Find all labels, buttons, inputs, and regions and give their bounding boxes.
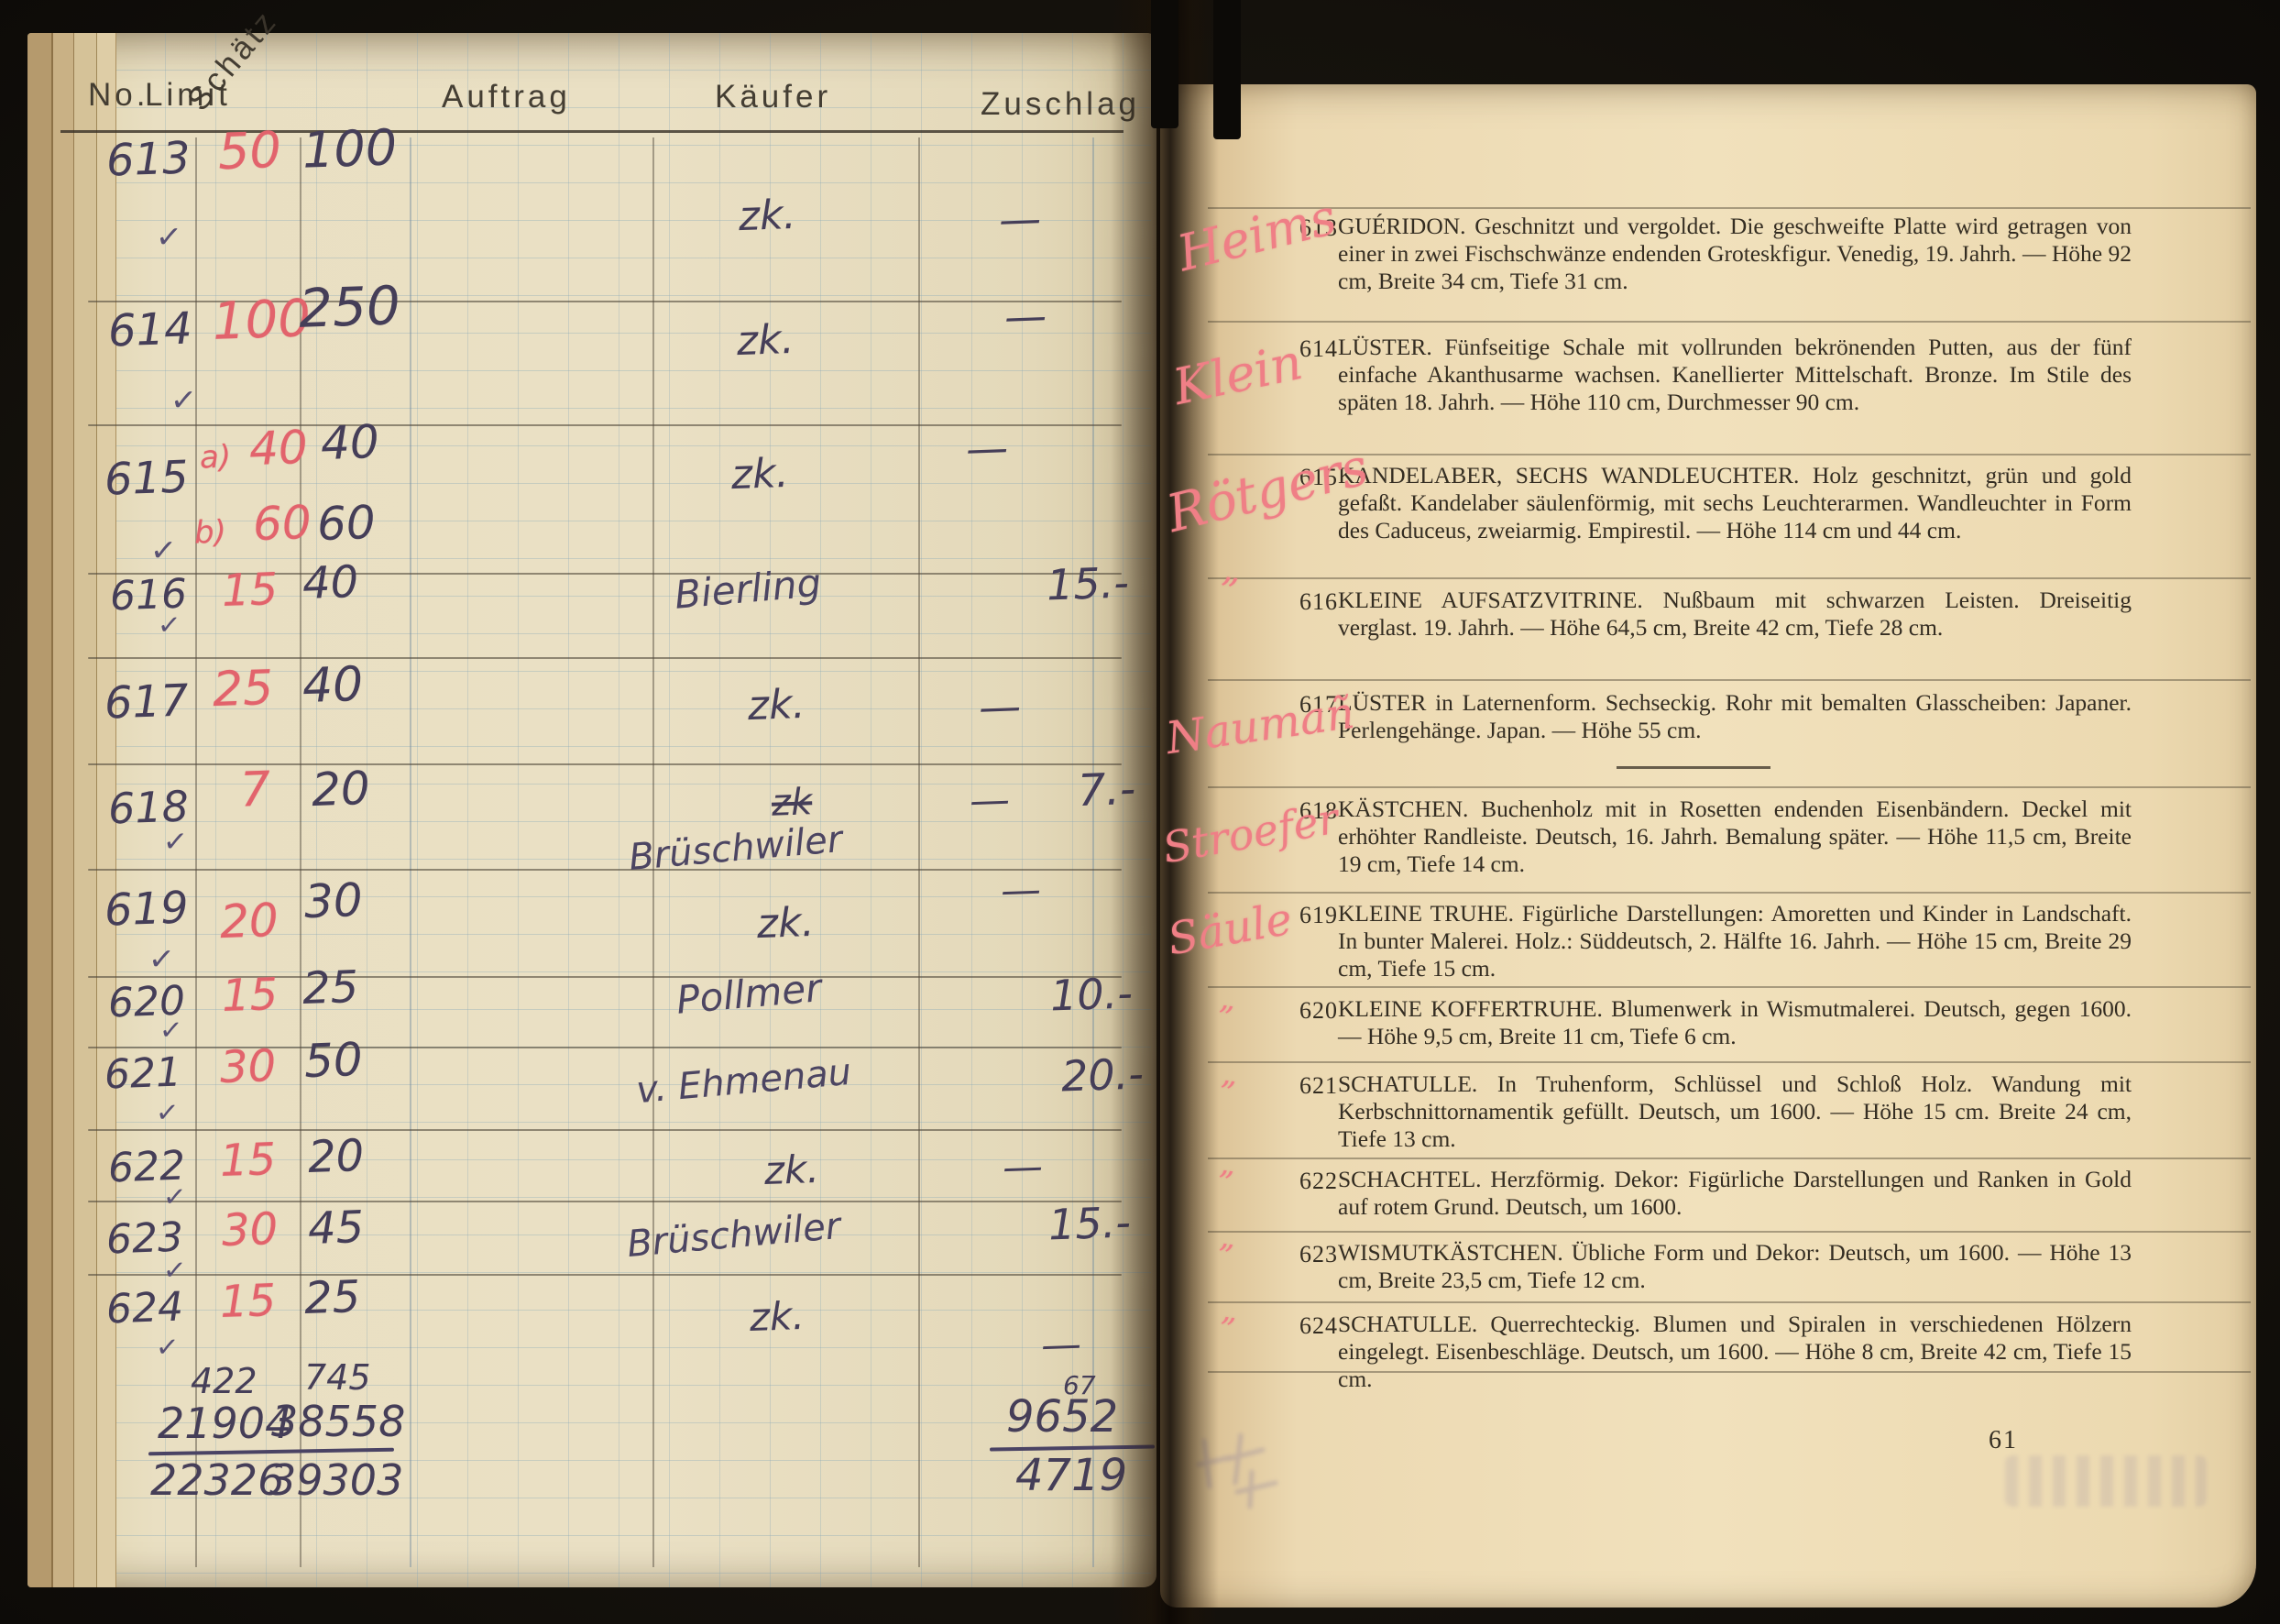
catalog-entry: 623 WISMUTKÄSTCHEN. Übliche Form und Dek… bbox=[1281, 1239, 2143, 1294]
hammer-price: — bbox=[965, 426, 1009, 470]
entry-rule bbox=[1208, 892, 2251, 894]
lot-number: 617 bbox=[104, 678, 189, 725]
row-separator bbox=[88, 1129, 1122, 1131]
limit-value: 15 bbox=[221, 972, 279, 1018]
column-rule bbox=[1092, 137, 1094, 1567]
column-header-auftrag: Auftrag bbox=[442, 79, 571, 115]
page-number: 61 bbox=[1989, 1426, 2018, 1455]
column-header-no: No. bbox=[88, 77, 148, 114]
limit-value: 15 bbox=[221, 567, 279, 613]
estimate-value: 25 bbox=[301, 965, 359, 1011]
check-mark: ✓ bbox=[155, 1333, 180, 1363]
estimate-value: 20 bbox=[307, 1134, 365, 1180]
limit-value-a: 40 bbox=[248, 424, 308, 472]
auction-ledger-scan: No. Limit Schätz Auftrag Käufer Zuschlag… bbox=[0, 0, 2280, 1624]
estimate-total: 39303 bbox=[269, 1459, 403, 1501]
entry-text: KANDELABER, SECHS WANDLEUCHTER. Holz ges… bbox=[1338, 462, 2132, 544]
entry-number: 620 bbox=[1299, 997, 1338, 1025]
check-mark: ✓ bbox=[170, 384, 198, 417]
entry-text: LÜSTER in Laternenform. Sechseckig. Rohr… bbox=[1338, 689, 2132, 744]
sub-lot-label-b: b) bbox=[193, 516, 226, 548]
ink-stamp-ghost bbox=[2005, 1455, 2207, 1507]
binding-strap bbox=[1213, 0, 1241, 139]
estimate-value-b: 60 bbox=[316, 499, 376, 547]
buyer-name: zk. bbox=[730, 454, 789, 496]
hammer-price: — bbox=[1000, 870, 1042, 912]
limit-value-b: 60 bbox=[252, 499, 312, 547]
entry-rule bbox=[1208, 1301, 2251, 1303]
lot-number: 614 bbox=[107, 306, 192, 353]
catalog-entry: 622 SCHACHTEL. Herzförmig. Dekor: Figürl… bbox=[1281, 1166, 2143, 1221]
estimate-value: 25 bbox=[303, 1275, 361, 1321]
limit-total: 22326 bbox=[150, 1459, 284, 1501]
limit-value: 30 bbox=[221, 1207, 279, 1253]
entry-number: 623 bbox=[1299, 1241, 1338, 1268]
catalog-entry: 624 SCHATULLE. Querrechteckig. Blumen un… bbox=[1281, 1311, 2143, 1393]
row-separator bbox=[88, 1201, 1122, 1202]
entry-rule bbox=[1208, 986, 2251, 988]
lot-number: 621 bbox=[104, 1053, 181, 1096]
estimate-value: 100 bbox=[301, 123, 398, 176]
entry-rule bbox=[1208, 786, 2251, 788]
entry-number: 621 bbox=[1299, 1072, 1338, 1100]
catalog-entry: 616 KLEINE AUFSATZVITRINE. Nußbaum mit s… bbox=[1281, 587, 2143, 642]
column-header-kaeufer: Käufer bbox=[715, 79, 831, 115]
check-mark: ✓ bbox=[159, 1016, 183, 1046]
entry-number: 622 bbox=[1299, 1168, 1338, 1195]
limit-value: 15 bbox=[219, 1137, 277, 1183]
entry-number: 616 bbox=[1299, 588, 1338, 616]
limit-value: 15 bbox=[219, 1278, 277, 1324]
catalog-entry: 619 KLEINE TRUHE. Figürliche Darstellung… bbox=[1281, 900, 2143, 982]
entry-text: SCHATULLE. Querrechteckig. Blumen und Sp… bbox=[1338, 1311, 2132, 1393]
check-mark: ✓ bbox=[162, 826, 189, 857]
column-rule bbox=[918, 137, 920, 1567]
entry-rule bbox=[1208, 1158, 2251, 1159]
row-separator bbox=[88, 869, 1122, 871]
hammer-subtotal: 9652 bbox=[1006, 1395, 1118, 1439]
buyer-name: zk. bbox=[738, 195, 796, 237]
hammer-price: — bbox=[998, 197, 1042, 241]
hammer-price-dash: — bbox=[969, 780, 1011, 822]
entry-number: 614 bbox=[1299, 335, 1338, 363]
limit-value: 25 bbox=[212, 664, 274, 714]
buyer-name: zk. bbox=[756, 903, 815, 945]
catalog-entry: 620 KLEINE KOFFERTRUHE. Blumenwerk in Wi… bbox=[1281, 995, 2143, 1050]
entry-text: SCHACHTEL. Herzförmig. Dekor: Figürliche… bbox=[1338, 1166, 2132, 1221]
estimate-value: 50 bbox=[303, 1037, 363, 1084]
limit-value: 30 bbox=[219, 1044, 277, 1090]
entry-text: KLEINE TRUHE. Figürliche Darstellungen: … bbox=[1338, 900, 2132, 982]
limit-value: 20 bbox=[219, 897, 279, 945]
column-rule bbox=[300, 137, 301, 1567]
estimate-value: 20 bbox=[311, 765, 370, 813]
lot-number: 624 bbox=[105, 1288, 183, 1331]
check-mark: ✓ bbox=[162, 1256, 187, 1286]
binding-strap bbox=[1151, 0, 1178, 128]
catalog-entry: 618 KÄSTCHEN. Buchenholz mit in Rosetten… bbox=[1281, 796, 2143, 878]
entry-text: LÜSTER. Fünfseitige Schale mit vollrunde… bbox=[1338, 334, 2132, 416]
estimate-value: 40 bbox=[301, 560, 359, 606]
estimate-value: 45 bbox=[307, 1205, 365, 1251]
buyer-name: zk. bbox=[749, 1297, 805, 1337]
check-mark: ✓ bbox=[148, 943, 176, 976]
entry-number: 624 bbox=[1299, 1312, 1338, 1340]
entry-text: KLEINE AUFSATZVITRINE. Nußbaum mit schwa… bbox=[1338, 587, 2132, 642]
limit-value: 50 bbox=[217, 126, 282, 177]
sub-lot-label-a: a) bbox=[199, 441, 231, 473]
estimate-carryover: 38558 bbox=[271, 1400, 405, 1443]
section-divider bbox=[1617, 766, 1770, 769]
limit-value: 7 bbox=[239, 765, 271, 814]
entry-number: 619 bbox=[1299, 902, 1338, 929]
catalog-entry: 614 LÜSTER. Fünfseitige Schale mit vollr… bbox=[1281, 334, 2143, 416]
hammer-price: — bbox=[1003, 294, 1047, 338]
estimate-value: 30 bbox=[303, 877, 363, 925]
check-mark: ✓ bbox=[162, 1183, 187, 1213]
row-separator bbox=[88, 657, 1122, 659]
catalog-entry: 617 LÜSTER in Laternenform. Sechseckig. … bbox=[1281, 689, 2143, 744]
entry-rule bbox=[1208, 207, 2251, 209]
buyer-name: zk. bbox=[747, 685, 806, 727]
column-rule bbox=[195, 137, 197, 1567]
check-mark: ✓ bbox=[155, 1099, 180, 1128]
entry-rule bbox=[1208, 577, 2251, 579]
entry-text: GUÉRIDON. Geschnitzt und vergoldet. Die … bbox=[1338, 213, 2132, 295]
estimate-value: 40 bbox=[301, 661, 364, 710]
hammer-price: — bbox=[1002, 1147, 1044, 1189]
page-edge-stack bbox=[53, 33, 74, 1587]
catalog-entry: 613 GUÉRIDON. Geschnitzt und vergoldet. … bbox=[1281, 213, 2143, 295]
check-mark: ✓ bbox=[155, 221, 183, 254]
column-rule bbox=[410, 137, 411, 1567]
lot-number: 613 bbox=[105, 136, 191, 182]
limit-subtotal: 422 bbox=[191, 1364, 258, 1399]
catalog-entry: 615 KANDELABER, SECHS WANDLEUCHTER. Holz… bbox=[1281, 462, 2143, 544]
hammer-price: — bbox=[1040, 1324, 1082, 1366]
page-edge-stack bbox=[27, 33, 53, 1587]
buyer-name: zk. bbox=[763, 1150, 819, 1191]
check-mark: ✓ bbox=[157, 611, 181, 641]
catalog-entry: 621 SCHATULLE. In Truhenform, Schlüssel … bbox=[1281, 1070, 2143, 1153]
entry-rule bbox=[1208, 321, 2251, 323]
entry-text: WISMUTKÄSTCHEN. Übliche Form und Dekor: … bbox=[1338, 1239, 2132, 1294]
entry-text: KÄSTCHEN. Buchenholz mit in Rosetten end… bbox=[1338, 796, 2132, 878]
estimate-subtotal: 745 bbox=[304, 1360, 371, 1395]
lot-number: 615 bbox=[104, 455, 189, 501]
buyer-name: zk. bbox=[736, 320, 795, 362]
entry-text: SCHATULLE. In Truhenform, Schlüssel und … bbox=[1338, 1070, 2132, 1153]
entry-rule bbox=[1208, 1231, 2251, 1233]
entry-rule bbox=[1208, 1061, 2251, 1063]
estimate-value-a: 40 bbox=[320, 419, 379, 466]
hammer-price: — bbox=[978, 685, 1022, 729]
entry-text: KLEINE KOFFERTRUHE. Blumenwerk in Wismut… bbox=[1338, 995, 2132, 1050]
estimate-value: 250 bbox=[298, 279, 401, 335]
check-mark: ✓ bbox=[149, 534, 178, 567]
buyer-name-cancelled: zk bbox=[771, 784, 813, 822]
limit-value: 100 bbox=[212, 293, 312, 348]
entry-rule bbox=[1208, 679, 2251, 681]
page-edge-stack bbox=[74, 33, 97, 1587]
lot-number: 619 bbox=[104, 885, 189, 932]
